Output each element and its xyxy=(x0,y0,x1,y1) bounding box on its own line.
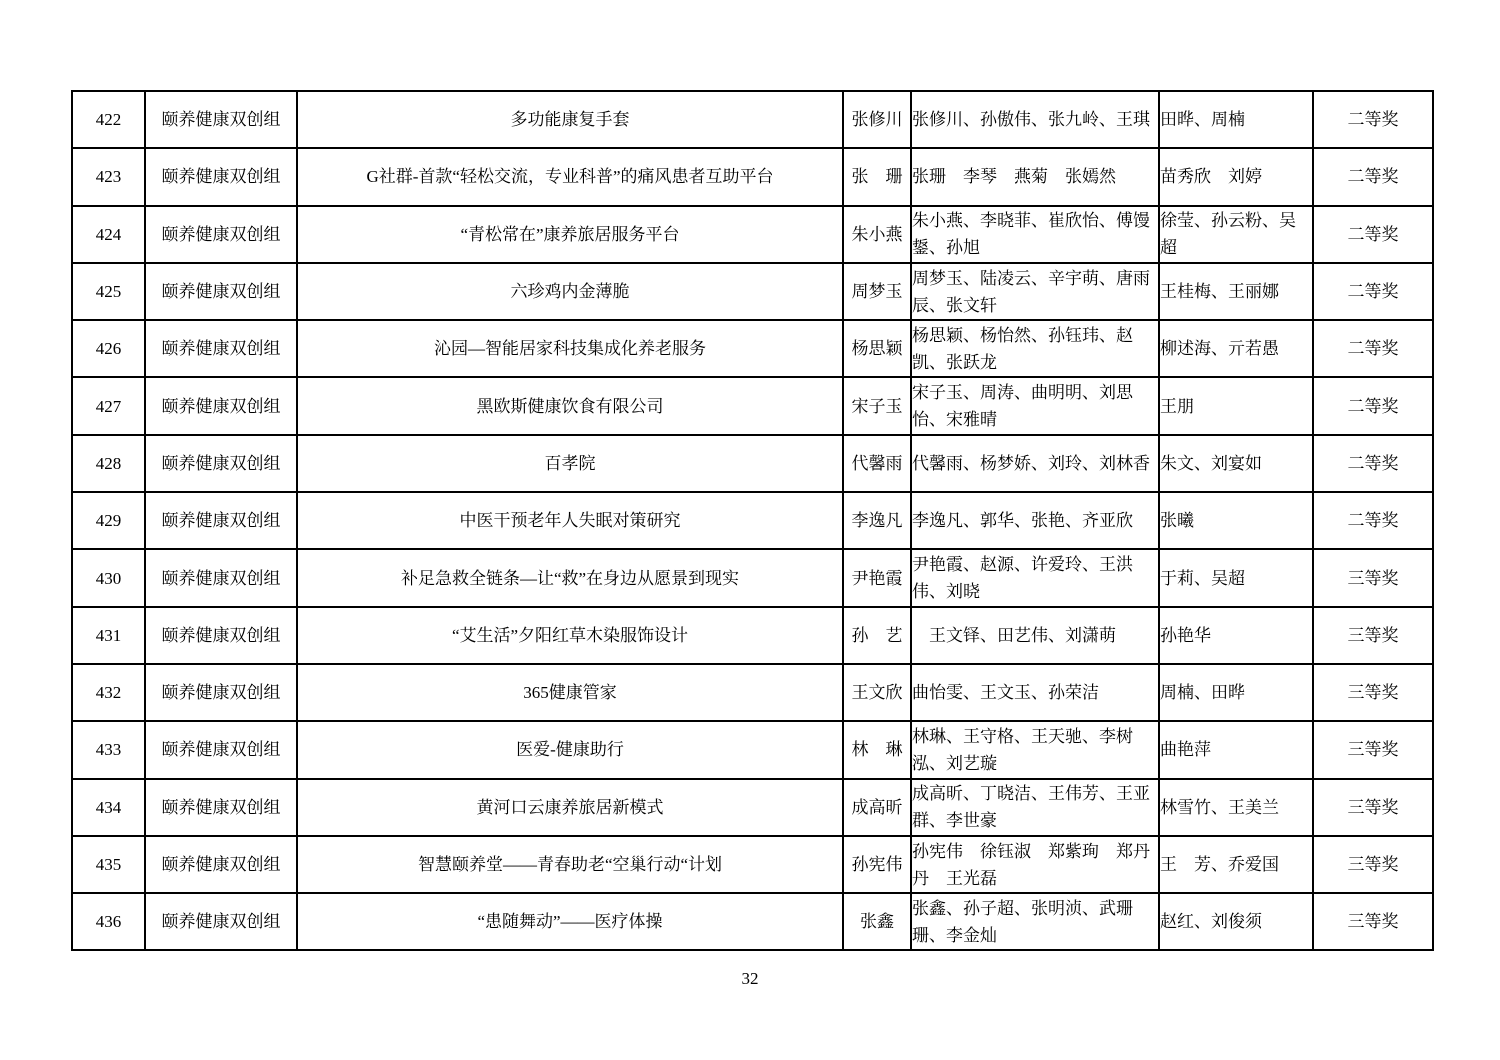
members-cell: 王文铎、田艺伟、刘潇萌 xyxy=(911,607,1159,664)
group-cell: 颐养健康双创组 xyxy=(145,607,297,664)
award-table: 422 颐养健康双创组 多功能康复手套 张修川 张修川、孙傲伟、张九岭、王琪 田… xyxy=(71,90,1434,951)
project-title-cell: “艾生活”夕阳红草木染服饰设计 xyxy=(297,607,843,664)
award-cell: 三等奖 xyxy=(1313,607,1433,664)
members-cell: 宋子玉、周涛、曲明明、刘思怡、宋雅晴 xyxy=(911,377,1159,434)
table-row: 423 颐养健康双创组 G社群-首款“轻松交流，专业科普”的痛风患者互助平台 张… xyxy=(72,148,1433,205)
group-cell: 颐养健康双创组 xyxy=(145,91,297,148)
members-cell: 林琳、王守格、王天驰、李树泓、刘艺璇 xyxy=(911,721,1159,778)
table-row: 427 颐养健康双创组 黑欧斯健康饮食有限公司 宋子玉 宋子玉、周涛、曲明明、刘… xyxy=(72,377,1433,434)
project-title-cell: “患随舞动”——医疗体操 xyxy=(297,893,843,950)
table-row: 436 颐养健康双创组 “患随舞动”——医疗体操 张鑫 张鑫、孙子超、张明浈、武… xyxy=(72,893,1433,950)
members-cell: 尹艳霞、赵源、许爱玲、王洪伟、刘晓 xyxy=(911,549,1159,606)
advisors-cell: 朱文、刘宴如 xyxy=(1159,435,1313,492)
row-number-cell: 422 xyxy=(72,91,145,148)
group-cell: 颐养健康双创组 xyxy=(145,263,297,320)
award-cell: 二等奖 xyxy=(1313,320,1433,377)
award-cell: 二等奖 xyxy=(1313,148,1433,205)
page-number: 32 xyxy=(0,969,1500,989)
project-title-cell: 医爱-健康助行 xyxy=(297,721,843,778)
project-title-cell: 多功能康复手套 xyxy=(297,91,843,148)
table-row: 431 颐养健康双创组 “艾生活”夕阳红草木染服饰设计 孙 艺 王文铎、田艺伟、… xyxy=(72,607,1433,664)
members-cell: 张鑫、孙子超、张明浈、武珊珊、李金灿 xyxy=(911,893,1159,950)
award-cell: 二等奖 xyxy=(1313,492,1433,549)
table-row: 424 颐养健康双创组 “青松常在”康养旅居服务平台 朱小燕 朱小燕、李晓菲、崔… xyxy=(72,206,1433,263)
advisors-cell: 于莉、吴超 xyxy=(1159,549,1313,606)
project-title-cell: 六珍鸡内金薄脆 xyxy=(297,263,843,320)
award-cell: 三等奖 xyxy=(1313,836,1433,893)
advisors-cell: 周楠、田晔 xyxy=(1159,664,1313,721)
table-row: 422 颐养健康双创组 多功能康复手套 张修川 张修川、孙傲伟、张九岭、王琪 田… xyxy=(72,91,1433,148)
project-title-cell: 智慧颐养堂——青春助老“空巢行动“计划 xyxy=(297,836,843,893)
project-title-cell: 沁园—智能居家科技集成化养老服务 xyxy=(297,320,843,377)
project-title-cell: 365健康管家 xyxy=(297,664,843,721)
project-title-cell: 百孝院 xyxy=(297,435,843,492)
advisors-cell: 曲艳萍 xyxy=(1159,721,1313,778)
group-cell: 颐养健康双创组 xyxy=(145,721,297,778)
row-number-cell: 428 xyxy=(72,435,145,492)
members-cell: 代馨雨、杨梦娇、刘玲、刘林香 xyxy=(911,435,1159,492)
group-cell: 颐养健康双创组 xyxy=(145,320,297,377)
leader-cell: 王文欣 xyxy=(843,664,911,721)
award-table-body: 422 颐养健康双创组 多功能康复手套 张修川 张修川、孙傲伟、张九岭、王琪 田… xyxy=(72,91,1433,950)
members-cell: 成高昕、丁晓洁、王伟芳、王亚群、李世豪 xyxy=(911,779,1159,836)
advisors-cell: 王 芳、乔爱国 xyxy=(1159,836,1313,893)
members-cell: 张修川、孙傲伟、张九岭、王琪 xyxy=(911,91,1159,148)
award-cell: 三等奖 xyxy=(1313,893,1433,950)
advisors-cell: 林雪竹、王美兰 xyxy=(1159,779,1313,836)
group-cell: 颐养健康双创组 xyxy=(145,664,297,721)
table-row: 434 颐养健康双创组 黄河口云康养旅居新模式 成高昕 成高昕、丁晓洁、王伟芳、… xyxy=(72,779,1433,836)
leader-cell: 周梦玉 xyxy=(843,263,911,320)
leader-cell: 孙 艺 xyxy=(843,607,911,664)
table-row: 432 颐养健康双创组 365健康管家 王文欣 曲怡雯、王文玉、孙荣洁 周楠、田… xyxy=(72,664,1433,721)
advisors-cell: 王朋 xyxy=(1159,377,1313,434)
leader-cell: 杨思颖 xyxy=(843,320,911,377)
group-cell: 颐养健康双创组 xyxy=(145,435,297,492)
row-number-cell: 426 xyxy=(72,320,145,377)
leader-cell: 林 琳 xyxy=(843,721,911,778)
award-cell: 二等奖 xyxy=(1313,206,1433,263)
group-cell: 颐养健康双创组 xyxy=(145,492,297,549)
table-row: 428 颐养健康双创组 百孝院 代馨雨 代馨雨、杨梦娇、刘玲、刘林香 朱文、刘宴… xyxy=(72,435,1433,492)
leader-cell: 李逸凡 xyxy=(843,492,911,549)
leader-cell: 张 珊 xyxy=(843,148,911,205)
members-cell: 孙宪伟 徐钰淑 郑紫珣 郑丹丹 王光磊 xyxy=(911,836,1159,893)
row-number-cell: 423 xyxy=(72,148,145,205)
advisors-cell: 柳述海、亓若愚 xyxy=(1159,320,1313,377)
award-cell: 三等奖 xyxy=(1313,779,1433,836)
group-cell: 颐养健康双创组 xyxy=(145,377,297,434)
row-number-cell: 435 xyxy=(72,836,145,893)
row-number-cell: 427 xyxy=(72,377,145,434)
advisors-cell: 张曦 xyxy=(1159,492,1313,549)
table-row: 433 颐养健康双创组 医爱-健康助行 林 琳 林琳、王守格、王天驰、李树泓、刘… xyxy=(72,721,1433,778)
group-cell: 颐养健康双创组 xyxy=(145,148,297,205)
leader-cell: 孙宪伟 xyxy=(843,836,911,893)
leader-cell: 张修川 xyxy=(843,91,911,148)
members-cell: 周梦玉、陆凌云、辛宇萌、唐雨辰、张文轩 xyxy=(911,263,1159,320)
project-title-cell: 中医干预老年人失眠对策研究 xyxy=(297,492,843,549)
project-title-cell: “青松常在”康养旅居服务平台 xyxy=(297,206,843,263)
group-cell: 颐养健康双创组 xyxy=(145,549,297,606)
members-cell: 杨思颖、杨怡然、孙钰玮、赵凯、张跃龙 xyxy=(911,320,1159,377)
group-cell: 颐养健康双创组 xyxy=(145,836,297,893)
group-cell: 颐养健康双创组 xyxy=(145,779,297,836)
row-number-cell: 429 xyxy=(72,492,145,549)
row-number-cell: 432 xyxy=(72,664,145,721)
leader-cell: 张鑫 xyxy=(843,893,911,950)
award-cell: 三等奖 xyxy=(1313,549,1433,606)
advisors-cell: 赵红、刘俊须 xyxy=(1159,893,1313,950)
advisors-cell: 田晔、周楠 xyxy=(1159,91,1313,148)
table-row: 435 颐养健康双创组 智慧颐养堂——青春助老“空巢行动“计划 孙宪伟 孙宪伟 … xyxy=(72,836,1433,893)
members-cell: 曲怡雯、王文玉、孙荣洁 xyxy=(911,664,1159,721)
document-page: 422 颐养健康双创组 多功能康复手套 张修川 张修川、孙傲伟、张九岭、王琪 田… xyxy=(0,0,1500,1060)
award-cell: 二等奖 xyxy=(1313,263,1433,320)
members-cell: 李逸凡、郭华、张艳、齐亚欣 xyxy=(911,492,1159,549)
leader-cell: 朱小燕 xyxy=(843,206,911,263)
leader-cell: 成高昕 xyxy=(843,779,911,836)
project-title-cell: 补足急救全链条—让“救”在身边从愿景到现实 xyxy=(297,549,843,606)
award-cell: 三等奖 xyxy=(1313,664,1433,721)
table-row: 430 颐养健康双创组 补足急救全链条—让“救”在身边从愿景到现实 尹艳霞 尹艳… xyxy=(72,549,1433,606)
members-cell: 朱小燕、李晓菲、崔欣怡、傅馒鋬、孙旭 xyxy=(911,206,1159,263)
table-row: 425 颐养健康双创组 六珍鸡内金薄脆 周梦玉 周梦玉、陆凌云、辛宇萌、唐雨辰、… xyxy=(72,263,1433,320)
advisors-cell: 王桂梅、王丽娜 xyxy=(1159,263,1313,320)
advisors-cell: 孙艳华 xyxy=(1159,607,1313,664)
row-number-cell: 431 xyxy=(72,607,145,664)
leader-cell: 尹艳霞 xyxy=(843,549,911,606)
advisors-cell: 徐莹、孙云粉、吴超 xyxy=(1159,206,1313,263)
project-title-cell: 黑欧斯健康饮食有限公司 xyxy=(297,377,843,434)
row-number-cell: 430 xyxy=(72,549,145,606)
leader-cell: 宋子玉 xyxy=(843,377,911,434)
leader-cell: 代馨雨 xyxy=(843,435,911,492)
award-cell: 二等奖 xyxy=(1313,91,1433,148)
award-cell: 二等奖 xyxy=(1313,435,1433,492)
advisors-cell: 苗秀欣 刘婷 xyxy=(1159,148,1313,205)
row-number-cell: 436 xyxy=(72,893,145,950)
project-title-cell: 黄河口云康养旅居新模式 xyxy=(297,779,843,836)
group-cell: 颐养健康双创组 xyxy=(145,893,297,950)
award-cell: 二等奖 xyxy=(1313,377,1433,434)
row-number-cell: 424 xyxy=(72,206,145,263)
row-number-cell: 433 xyxy=(72,721,145,778)
project-title-cell: G社群-首款“轻松交流，专业科普”的痛风患者互助平台 xyxy=(297,148,843,205)
award-cell: 三等奖 xyxy=(1313,721,1433,778)
row-number-cell: 425 xyxy=(72,263,145,320)
row-number-cell: 434 xyxy=(72,779,145,836)
table-row: 426 颐养健康双创组 沁园—智能居家科技集成化养老服务 杨思颖 杨思颖、杨怡然… xyxy=(72,320,1433,377)
members-cell: 张珊 李琴 燕菊 张嫣然 xyxy=(911,148,1159,205)
table-row: 429 颐养健康双创组 中医干预老年人失眠对策研究 李逸凡 李逸凡、郭华、张艳、… xyxy=(72,492,1433,549)
group-cell: 颐养健康双创组 xyxy=(145,206,297,263)
